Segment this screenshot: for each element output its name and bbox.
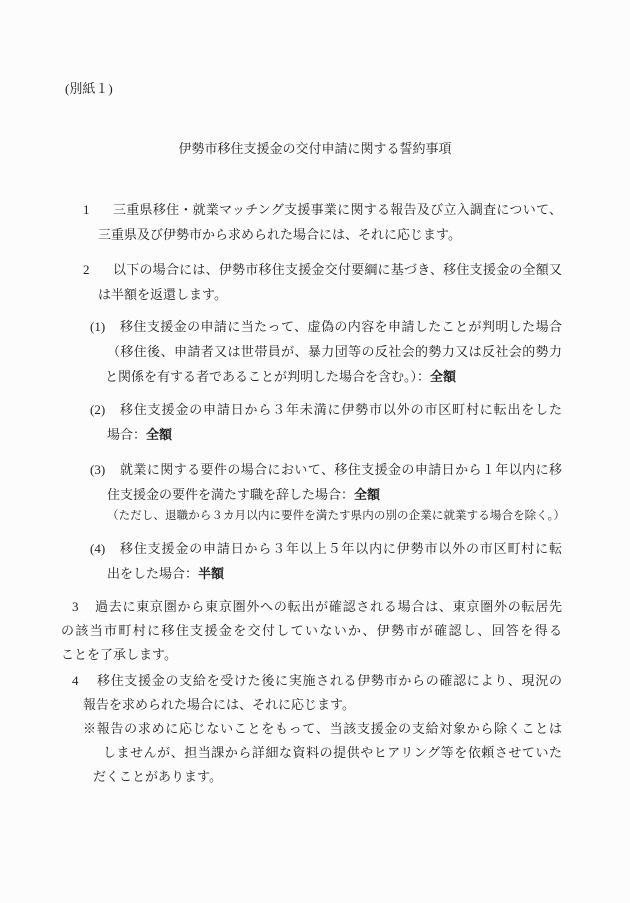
clause-2-sub-3-number: (3) bbox=[90, 457, 105, 482]
refund-amount-full-2: 全額 bbox=[146, 427, 172, 442]
clause-2-line-2: は半額を返還します。 bbox=[98, 282, 630, 307]
refund-amount-half: 半額 bbox=[198, 566, 224, 581]
clause-4: 4 移住支援金の支給を受けた後に実施される伊勢市からの確認により、現況の 報告を… bbox=[0, 669, 630, 789]
clause-2-sub-1-line-2: （移住後、申請者又は世帯員が、暴力団等の反社会的勢力又は反社会的勢力 bbox=[107, 339, 562, 364]
clause-2-sub-1-line-3-text: と関係を有する者であることが判明した場合を含む。）： bbox=[105, 369, 430, 384]
clause-2-number: 2 bbox=[83, 257, 90, 282]
clause-2-line-1: 以下の場合には、伊勢市移住支援金交付要綱に基づき、移住支援金の全額又 bbox=[113, 257, 562, 282]
clause-2-sub-4-line-2: 出をした場合：半額 bbox=[107, 561, 630, 586]
clause-2-sub-3-note: （ただし、退職から３カ月以内に要件を満たす県内の別の企業に就業する場合を除く。） bbox=[107, 507, 565, 525]
clause-1-number: 1 bbox=[83, 197, 90, 222]
clause-2-sub-2-line-2-text: 場合： bbox=[107, 427, 146, 442]
clause-1: 1 三重県移住・就業マッチング支援事業に関する報告及び立入調査について、 三重県… bbox=[0, 197, 630, 247]
clause-4-note-line-2: しませんが、担当課から詳細な資料の提供やヒアリング等を依頼させていた bbox=[103, 741, 562, 765]
clause-2-sub-4-line-2-text: 出をした場合： bbox=[107, 566, 198, 581]
clause-2: 2 以下の場合には、伊勢市移住支援金交付要綱に基づき、移住支援金の全額又 は半額… bbox=[0, 257, 630, 307]
clause-1-line-2: 三重県及び伊勢市から求められた場合には、それに応じます。 bbox=[98, 222, 630, 247]
refund-amount-full-3: 全額 bbox=[354, 487, 380, 502]
clause-3: 3 過去に東京圏から東京圏外への転出が確認される場合は、東京圏外の転居先 の該当… bbox=[0, 595, 630, 667]
clause-2-sub-4-number: (4) bbox=[90, 536, 105, 561]
clause-2-sub-2-line-2: 場合：全額 bbox=[107, 422, 630, 447]
clause-2-sub-4: (4) 移住支援金の申請日から３年以上５年以内に伊勢市以外の市区町村に転 出をし… bbox=[0, 536, 630, 586]
refund-amount-full-1: 全額 bbox=[430, 369, 456, 384]
clause-2-sub-4-line-1: 移住支援金の申請日から３年以上５年以内に伊勢市以外の市区町村に転 bbox=[120, 536, 562, 561]
document-page: (別紙１) 伊勢市移住支援金の交付申請に関する誓約事項 1 三重県移住・就業マッ… bbox=[0, 0, 630, 903]
clause-2-sub-3-line-2: 住支援金の要件を満たす職を辞した場合：全額 bbox=[107, 482, 630, 507]
clause-4-line-1: 移住支援金の支給を受けた後に実施される伊勢市からの確認により、現況の bbox=[97, 669, 562, 693]
clause-3-line-1: 過去に東京圏から東京圏外への転出が確認される場合は、東京圏外の転居先 bbox=[95, 595, 562, 619]
document-title: 伊勢市移住支援金の交付申請に関する誓約事項 bbox=[0, 136, 630, 161]
clause-2-sub-2: (2) 移住支援金の申請日から３年未満に伊勢市以外の市区町村に転出をした 場合：… bbox=[0, 397, 630, 447]
clause-2-sub-1-number: (1) bbox=[90, 314, 105, 339]
attachment-label-block: (別紙１) bbox=[0, 76, 630, 101]
clause-4-note-line-3: だくことがあります。 bbox=[93, 765, 630, 789]
clause-2-sub-2-number: (2) bbox=[90, 397, 105, 422]
attachment-label: (別紙１) bbox=[65, 76, 630, 101]
clause-3-number: 3 bbox=[72, 595, 79, 619]
clause-1-line-1: 三重県移住・就業マッチング支援事業に関する報告及び立入調査について、 bbox=[113, 197, 562, 222]
clause-2-sub-1-line-3: と関係を有する者であることが判明した場合を含む。）：全額 bbox=[105, 364, 630, 389]
clause-2-sub-2-line-1: 移住支援金の申請日から３年未満に伊勢市以外の市区町村に転出をした bbox=[120, 397, 562, 422]
clause-4-number: 4 bbox=[72, 669, 79, 693]
clause-2-sub-3: (3) 就業に関する要件の場合において、移住支援金の申請日から１年以内に移 住支… bbox=[0, 457, 630, 525]
clause-4-note-line-1: ※報告の求めに応じないことをもって、当該支援金の支給対象から除くことは bbox=[83, 717, 562, 741]
title-block: 伊勢市移住支援金の交付申請に関する誓約事項 bbox=[0, 136, 630, 161]
clause-2-sub-1-line-1: 移住支援金の申請に当たって、虚偽の内容を申請したことが判明した場合 bbox=[120, 314, 562, 339]
clause-2-sub-1: (1) 移住支援金の申請に当たって、虚偽の内容を申請したことが判明した場合 （移… bbox=[0, 314, 630, 389]
clause-2-sub-3-line-1: 就業に関する要件の場合において、移住支援金の申請日から１年以内に移 bbox=[120, 457, 562, 482]
clause-4-line-2: 報告を求められた場合には、それに応じます。 bbox=[83, 693, 630, 717]
clause-2-sub-3-line-2-text: 住支援金の要件を満たす職を辞した場合： bbox=[107, 487, 354, 502]
clause-3-line-2: の該当市町村に移住支援金を交付していないか、伊勢市が確認し、回答を得る bbox=[61, 619, 562, 643]
clause-3-line-3: ことを了承します。 bbox=[61, 643, 630, 667]
